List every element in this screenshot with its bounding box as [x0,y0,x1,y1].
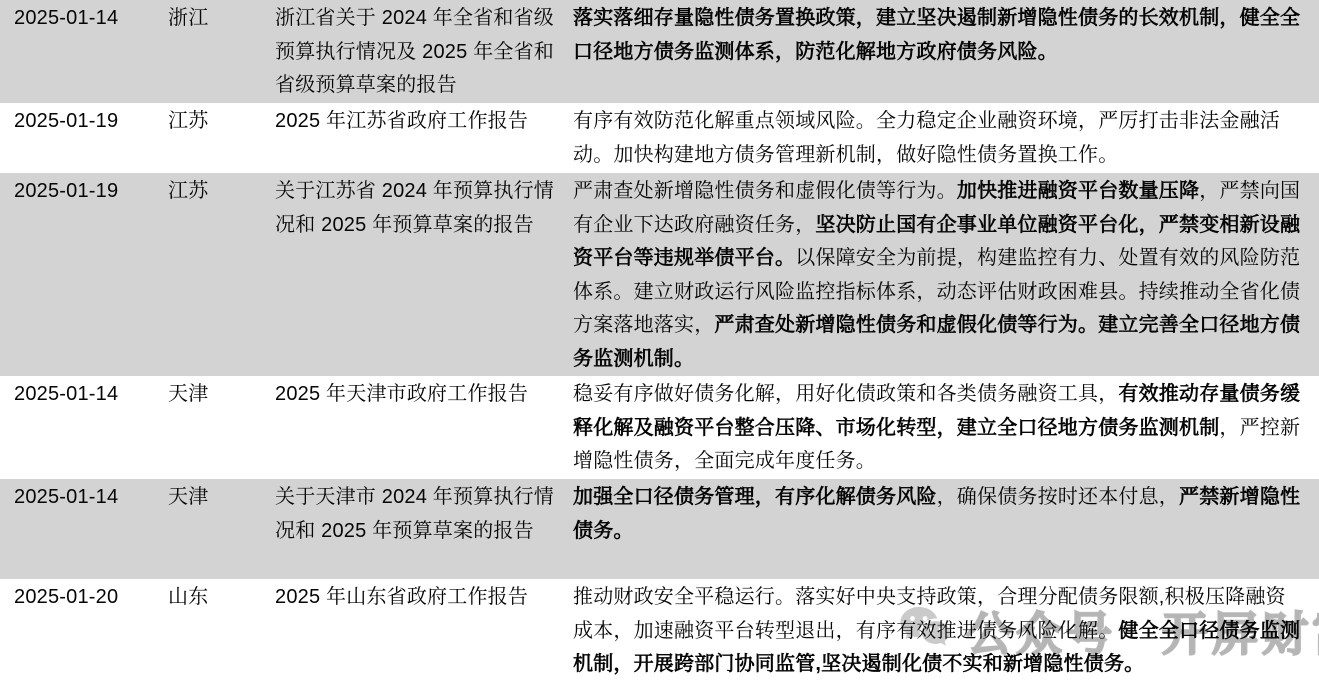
content-segment: 有序有效防范化解重点领域风险。全力稳定企业融资环境，严厉打击非法金融活动。加快构… [573,110,1280,166]
policy-table: 2025-01-14浙江浙江省关于 2024 年全省和省级预算执行情况及 202… [0,0,1319,682]
content-segment: 严肃查处新增隐性债务和虚假化债等行为。 [573,180,957,202]
title-cell: 2025 年江苏省政府工作报告 [275,103,573,173]
province-cell: 江苏 [168,103,275,173]
content-segment: ，确保债务按时还本付息， [937,486,1179,508]
table-row: 2025-01-20山东2025 年山东省政府工作报告推动财政安全平稳运行。落实… [0,579,1319,682]
date-cell: 2025-01-19 [14,173,168,376]
title-cell: 关于天津市 2024 年预算执行情况和 2025 年预算草案的报告 [275,479,573,579]
date-cell: 2025-01-14 [14,0,168,103]
content-cell: 稳妥有序做好债务化解，用好化债政策和各类债务融资工具，有效推动存量债务缓释化解及… [573,376,1305,479]
content-segment: 稳妥有序做好债务化解，用好化债政策和各类债务融资工具， [573,383,1118,405]
table-row: 2025-01-14天津关于天津市 2024 年预算执行情况和 2025 年预算… [0,479,1319,579]
date-cell: 2025-01-14 [14,479,168,579]
content-cell: 严肃查处新增隐性债务和虚假化债等行为。加快推进融资平台数量压降，严禁向国有企业下… [573,173,1305,376]
province-cell: 浙江 [168,0,275,103]
content-bold-segment: 加快推进融资平台数量压降 [957,180,1199,202]
policy-table-page: 2025-01-14浙江浙江省关于 2024 年全省和省级预算执行情况及 202… [0,0,1319,682]
table-row: 2025-01-14浙江浙江省关于 2024 年全省和省级预算执行情况及 202… [0,0,1319,103]
province-cell: 天津 [168,479,275,579]
content-cell: 加强全口径债务管理，有序化解债务风险，确保债务按时还本付息，严禁新增隐性债务。 [573,479,1305,579]
title-cell: 2025 年天津市政府工作报告 [275,376,573,479]
date-cell: 2025-01-14 [14,376,168,479]
content-bold-segment: 加强全口径债务管理，有序化解债务风险 [573,486,937,508]
content-cell: 推动财政安全平稳运行。落实好中央支持政策，合理分配债务限额,积极压降融资成本，加… [573,579,1305,682]
table-row: 2025-01-19江苏关于江苏省 2024 年预算执行情况和 2025 年预算… [0,173,1319,376]
title-cell: 浙江省关于 2024 年全省和省级预算执行情况及 2025 年全省和省级预算草案… [275,0,573,103]
province-cell: 天津 [168,376,275,479]
title-cell: 2025 年山东省政府工作报告 [275,579,573,682]
content-cell: 落实落细存量隐性债务置换政策，建立坚决遏制新增隐性债务的长效机制，健全全口径地方… [573,0,1305,103]
content-bold-segment: 落实落细存量隐性债务置换政策，建立坚决遏制新增隐性债务的长效机制，健全全口径地方… [573,7,1300,63]
title-cell: 关于江苏省 2024 年预算执行情况和 2025 年预算草案的报告 [275,173,573,376]
date-cell: 2025-01-20 [14,579,168,682]
content-cell: 有序有效防范化解重点领域风险。全力稳定企业融资环境，严厉打击非法金融活动。加快构… [573,103,1305,173]
province-cell: 江苏 [168,173,275,376]
table-row: 2025-01-19江苏2025 年江苏省政府工作报告有序有效防范化解重点领域风… [0,103,1319,173]
province-cell: 山东 [168,579,275,682]
date-cell: 2025-01-19 [14,103,168,173]
table-row: 2025-01-14天津2025 年天津市政府工作报告稳妥有序做好债务化解，用好… [0,376,1319,479]
